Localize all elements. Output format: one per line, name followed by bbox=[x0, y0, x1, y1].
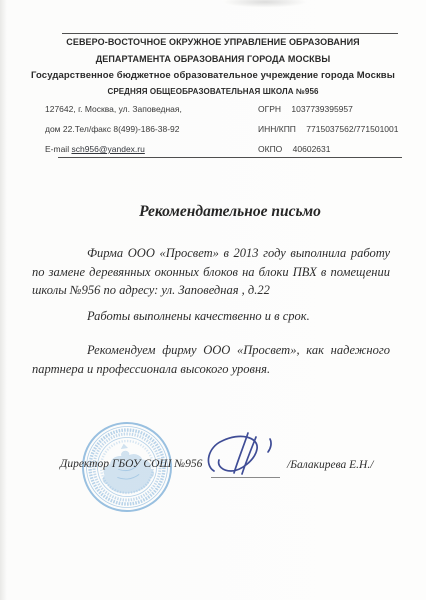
okpo-row: ОКПО 40602631 bbox=[258, 144, 331, 154]
email-row: E-mail sch956@yandex.ru bbox=[45, 144, 145, 154]
org-department-line: ДЕПАРТАМЕНТА ОБРАЗОВАНИЯ ГОРОДА МОСКВЫ bbox=[30, 54, 396, 64]
body-paragraph-2: Работы выполнены качественно и в срок. bbox=[32, 307, 390, 326]
scanned-letter-page: СЕВЕРО-ВОСТОЧНОЕ ОКРУЖНОЕ УПРАВЛЕНИЕ ОБР… bbox=[0, 0, 426, 600]
ogrn-row: ОГРН 1037739395957 bbox=[258, 104, 353, 114]
ogrn-value: 1037739395957 bbox=[291, 104, 352, 114]
address-line-1: 127642, г. Москва, ул. Заповедная, bbox=[45, 104, 182, 114]
innkpp-row: ИНН/КПП 7715037562/771501001 bbox=[258, 124, 398, 134]
handwritten-signature bbox=[206, 429, 286, 479]
signature-line bbox=[211, 477, 280, 478]
top-divider-line bbox=[62, 33, 398, 34]
director-title-label: Директор ГБОУ СОШ №956 bbox=[60, 458, 202, 470]
innkpp-value: 7715037562/771501001 bbox=[306, 124, 398, 134]
body-paragraph-3: Рекомендуем фирму ООО «Просвет», как над… bbox=[32, 341, 390, 378]
okpo-label: ОКПО bbox=[258, 144, 282, 154]
ogrn-label: ОГРН bbox=[258, 104, 281, 114]
email-link[interactable]: sch956@yandex.ru bbox=[71, 144, 144, 154]
okpo-value: 40602631 bbox=[293, 144, 331, 154]
innkpp-label: ИНН/КПП bbox=[258, 124, 296, 134]
email-label: E-mail bbox=[45, 144, 69, 154]
org-management-line: СЕВЕРО-ВОСТОЧНОЕ ОКРУЖНОЕ УПРАВЛЕНИЕ ОБР… bbox=[30, 37, 396, 47]
body-paragraph-1: Фирма ООО «Просвет» в 2013 году выполнил… bbox=[32, 244, 390, 300]
school-name-line: СРЕДНЯЯ ОБЩЕОБРАЗОВАТЕЛЬНАЯ ШКОЛА №956 bbox=[30, 87, 396, 96]
address-line-2: дом 22.Тел/факс 8(499)-186-38-92 bbox=[45, 124, 180, 134]
signer-name-label: /Балакирева Е.Н./ bbox=[287, 459, 373, 471]
letterhead-divider-line bbox=[58, 157, 402, 158]
org-institution-line: Государственное бюджетное образовательно… bbox=[30, 70, 396, 81]
letter-title: Рекомендательное письмо bbox=[34, 203, 426, 221]
